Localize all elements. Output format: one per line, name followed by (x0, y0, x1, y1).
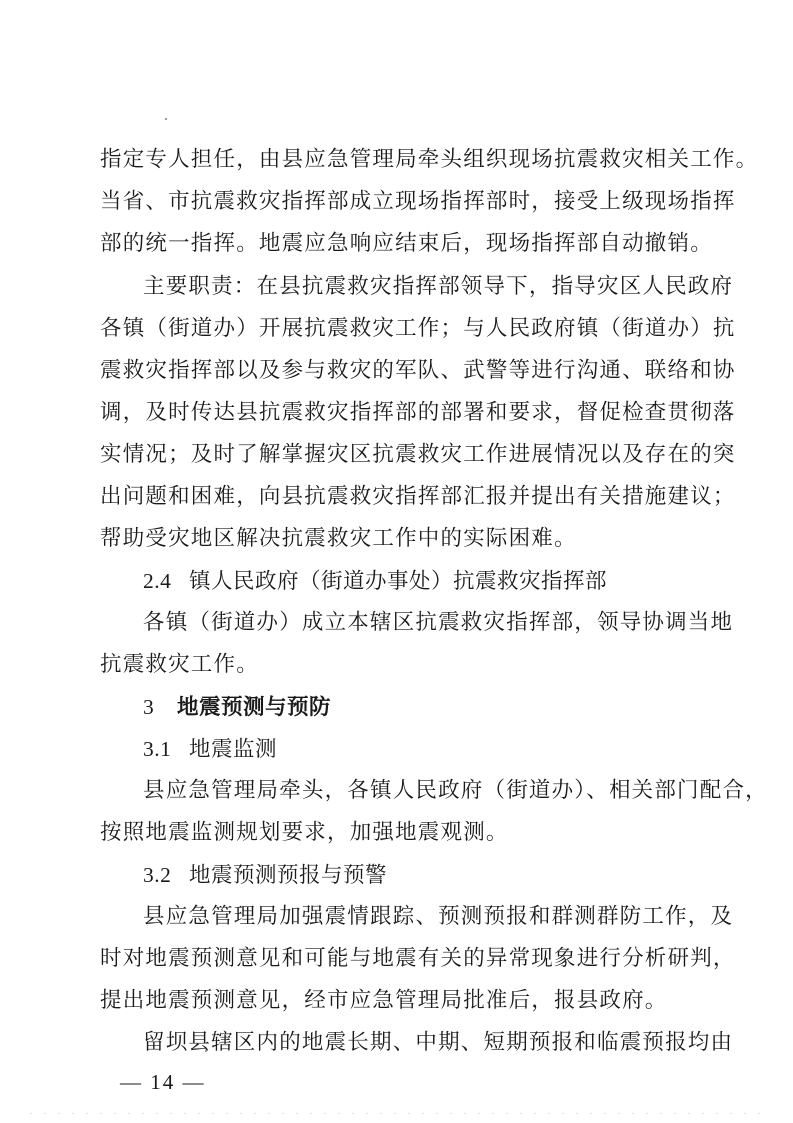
paragraph-line: 时对地震预测意见和可能与地震有关的异常现象进行分析研判， (100, 944, 700, 974)
paragraph-line: 各镇（街道办）开展抗震救灾工作；与人民政府镇（街道办）抗 (100, 314, 700, 344)
paragraph-line: 提出地震预测意见，经市应急管理局批准后，报县政府。 (100, 986, 700, 1016)
paragraph-line: 主要职责：在县抗震救灾指挥部领导下，指导灾区人民政府 (143, 272, 743, 302)
paragraph-line: 调，及时传达县抗震救灾指挥部的部署和要求，督促检查贯彻落 (100, 398, 700, 428)
paragraph-line: 震救灾指挥部以及参与救灾的军队、武警等进行沟通、联络和协 (100, 356, 700, 386)
paragraph-line: 县应急管理局牵头，各镇人民政府（街道办）、相关部门配合， (143, 776, 743, 806)
section-title: 地震预测预报与预警 (189, 863, 387, 888)
scan-artifact (30, 1113, 760, 1114)
paragraph-line: 抗震救灾工作。 (100, 650, 700, 680)
page-number: — 14 — (120, 1070, 206, 1095)
paragraph-line: 当省、市抗震救灾指挥部成立现场指挥部时，接受上级现场指挥 (100, 187, 700, 217)
section-number: 3 (143, 692, 177, 722)
paragraph-line: 留坝县辖区内的地震长期、中期、短期预报和临震预报均由 (143, 1028, 743, 1058)
section-heading-3-1: 3.1地震监测 (143, 734, 743, 765)
section-title: 镇人民政府（街道办事处）抗震救灾指挥部 (189, 569, 607, 594)
scan-speck (205, 1050, 207, 1052)
section-title: 地震预测与预防 (177, 695, 331, 720)
paragraph-line: 指定专人担任，由县应急管理局牵头组织现场抗震救灾相关工作。 (100, 145, 700, 175)
section-heading-3: 3地震预测与预防 (143, 692, 743, 723)
paragraph-line: 部的统一指挥。地震应急响应结束后，现场指挥部自动撤销。 (100, 229, 700, 259)
section-number: 3.1 (143, 734, 189, 764)
section-title: 地震监测 (189, 737, 277, 762)
section-number: 2.4 (143, 566, 189, 596)
paragraph-line: 实情况；及时了解掌握灾区抗震救灾工作进展情况以及存在的突 (100, 440, 700, 470)
scan-speck (165, 118, 167, 120)
section-heading-3-2: 3.2地震预测预报与预警 (143, 860, 743, 891)
section-number: 3.2 (143, 860, 189, 890)
paragraph-line: 各镇（街道办）成立本辖区抗震救灾指挥部，领导协调当地 (143, 608, 743, 638)
section-heading-2-4: 2.4镇人民政府（街道办事处）抗震救灾指挥部 (143, 566, 743, 597)
document-page: 指定专人担任，由县应急管理局牵头组织现场抗震救灾相关工作。 当省、市抗震救灾指挥… (0, 0, 793, 1123)
paragraph-line: 按照地震监测规划要求，加强地震观测。 (100, 818, 700, 848)
paragraph-line: 县应急管理局加强震情跟踪、预测预报和群测群防工作，及 (143, 902, 743, 932)
paragraph-line: 帮助受灾地区解决抗震救灾工作中的实际困难。 (100, 524, 700, 554)
paragraph-line: 出问题和困难，向县抗震救灾指挥部汇报并提出有关措施建议； (100, 482, 700, 512)
